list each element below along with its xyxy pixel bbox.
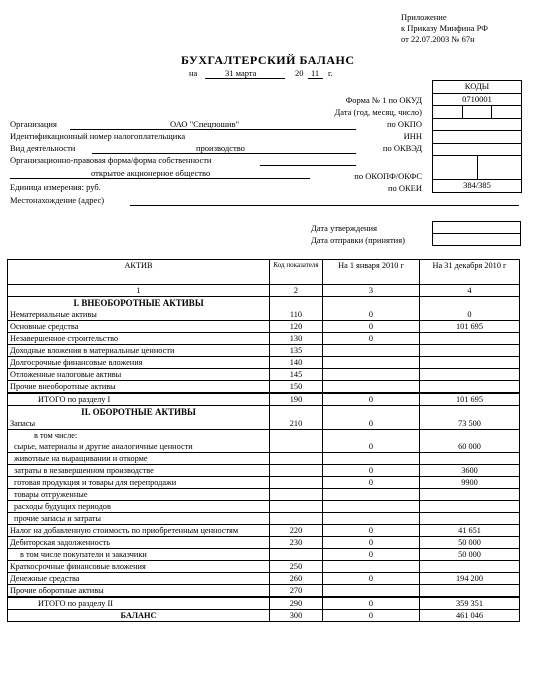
column-numbers-row: 1 2 3 4: [8, 285, 520, 297]
row-name: Доходные вложения в материальные ценност…: [8, 345, 270, 357]
row-end-value[interactable]: 0: [420, 297, 520, 321]
row-code[interactable]: 120: [270, 321, 323, 333]
okpo-field[interactable]: [433, 119, 521, 132]
header-end: На 31 декабря 2010 г: [420, 260, 520, 285]
row-start-value[interactable]: 0: [323, 537, 420, 549]
row-end-value[interactable]: [420, 501, 520, 513]
table-row: Долгосрочные финансовые вложения140: [8, 357, 520, 369]
row-code[interactable]: [270, 549, 323, 561]
row-end-value[interactable]: 50 000: [420, 549, 520, 561]
row-name: прочие запасы и затраты: [8, 513, 270, 525]
table-row: Прочие оборотные активы270: [8, 585, 520, 598]
codes-title: КОДЫ: [433, 81, 521, 94]
table-row: затраты в незавершенном производстве0360…: [8, 465, 520, 477]
row-start-value[interactable]: [323, 501, 420, 513]
row-label: Запасы: [10, 418, 267, 429]
inn-field[interactable]: [433, 131, 521, 144]
balance-total-row: БАЛАНС3000461 046: [8, 610, 520, 622]
row-code[interactable]: 220: [270, 525, 323, 537]
row-end-value[interactable]: 60 000: [420, 430, 520, 453]
table-row: Налог на добавленную стоимость по приобр…: [8, 525, 520, 537]
row-end-value[interactable]: [420, 513, 520, 525]
row-label: Доходные вложения в материальные ценност…: [10, 345, 267, 356]
row-end-value[interactable]: [420, 585, 520, 598]
row-start-value[interactable]: [323, 345, 420, 357]
row-name: II. ОБОРОТНЫЕ АКТИВЫЗапасы: [8, 406, 270, 430]
row-code[interactable]: 110: [270, 297, 323, 321]
row-start-value[interactable]: [323, 453, 420, 465]
row-code[interactable]: 145: [270, 369, 323, 381]
table-row: готовая продукция и товары для перепрода…: [8, 477, 520, 489]
row-name: Денежные средства: [8, 573, 270, 585]
unit-label: Единица измерения: руб.: [10, 182, 101, 192]
row-name: Основные средства: [8, 321, 270, 333]
activity-label: Вид деятельности: [10, 143, 75, 153]
okopf-label: по ОКОПФ/ОКФС: [354, 171, 422, 181]
header-start: На 1 января 2010 г: [323, 260, 420, 285]
row-name: готовая продукция и товары для перепрода…: [8, 477, 270, 489]
row-code[interactable]: [270, 453, 323, 465]
row-code[interactable]: 150: [270, 381, 323, 394]
row-name: I. ВНЕОБОРОТНЫЕ АКТИВЫНематериальные акт…: [8, 297, 270, 321]
table-row: Краткосрочные финансовые вложения250: [8, 561, 520, 573]
appendix-line-1: Приложение: [401, 12, 488, 23]
row-label: готовая продукция и товары для перепрода…: [14, 477, 267, 488]
header-code: Код показателя: [270, 260, 323, 285]
dates-box: [432, 221, 521, 246]
okei-label: по ОКЕИ: [388, 183, 422, 193]
row-start-value[interactable]: 0: [323, 465, 420, 477]
year-label: г.: [328, 68, 333, 78]
row-name: Отложенные налоговые активы: [8, 369, 270, 381]
row-label: Дебиторская задолженность: [10, 537, 267, 548]
appendix-line-3: от 22.07.2003 № 67н: [401, 34, 488, 45]
codes-box: КОДЫ 0710001 384/385: [432, 80, 522, 193]
row-name: Прочие оборотные активы: [8, 585, 270, 598]
table-row: в том числе покупатели и заказчики050 00…: [8, 549, 520, 561]
row-end-value[interactable]: 9900: [420, 477, 520, 489]
row-start-value[interactable]: [323, 381, 420, 394]
row-code[interactable]: 190: [270, 393, 323, 406]
okud-value: 0710001: [433, 94, 521, 107]
row-code[interactable]: 260: [270, 573, 323, 585]
row-end-value[interactable]: 101 695: [420, 321, 520, 333]
okpo-label: по ОКПО: [387, 119, 422, 129]
column-number: 1: [8, 285, 270, 297]
row-label: ИТОГО по разделу II: [38, 598, 267, 609]
row-start-value[interactable]: 0: [323, 393, 420, 406]
row-prefix: в том числе:: [14, 430, 267, 441]
table-row: Отложенные налоговые активы145: [8, 369, 520, 381]
column-number: 2: [270, 285, 323, 297]
okud-label: Форма № 1 по ОКУД: [346, 95, 422, 105]
report-date: 31 марта: [225, 68, 256, 78]
inn-text-label: Идентификационный номер налогоплательщик…: [10, 131, 185, 141]
table-row: товары отгруженные: [8, 489, 520, 501]
table-row: Дебиторская задолженность230050 000: [8, 537, 520, 549]
row-label: расходы будущих периодов: [14, 501, 267, 512]
row-label: сырье, материалы и другие аналогичные це…: [14, 441, 267, 452]
row-name: в том числе покупатели и заказчики: [8, 549, 270, 561]
column-number: 3: [323, 285, 420, 297]
row-end-value[interactable]: [420, 345, 520, 357]
section-title: I. ВНЕОБОРОТНЫЕ АКТИВЫ: [10, 297, 267, 309]
row-code[interactable]: [270, 465, 323, 477]
row-label: Денежные средства: [10, 573, 267, 584]
row-start-value[interactable]: [323, 585, 420, 598]
section-title: II. ОБОРОТНЫЕ АКТИВЫ: [10, 406, 267, 418]
column-number: 4: [420, 285, 520, 297]
row-name: товары отгруженные: [8, 489, 270, 501]
okved-field[interactable]: [433, 144, 521, 157]
row-code[interactable]: 230: [270, 537, 323, 549]
row-start-value[interactable]: 0: [323, 333, 420, 345]
row-label: Налог на добавленную стоимость по приобр…: [10, 525, 267, 536]
row-name: затраты в незавершенном производстве: [8, 465, 270, 477]
row-end-value[interactable]: 41 651: [420, 525, 520, 537]
row-end-value[interactable]: [420, 453, 520, 465]
okei-value: 384/385: [433, 180, 521, 192]
row-code[interactable]: [270, 477, 323, 489]
row-start-value[interactable]: [323, 489, 420, 501]
row-label: Основные средства: [10, 321, 267, 332]
table-row: Незавершенное строительство1300: [8, 333, 520, 345]
row-code[interactable]: 135: [270, 345, 323, 357]
table-row: Денежные средства2600194 200: [8, 573, 520, 585]
row-name: Налог на добавленную стоимость по приобр…: [8, 525, 270, 537]
row-label: Нематериальные активы: [10, 309, 267, 320]
date-label: Дата (год, месяц, число): [334, 107, 422, 117]
table-row: прочие запасы и затраты: [8, 513, 520, 525]
row-start-value[interactable]: 0: [323, 573, 420, 585]
row-end-value[interactable]: [420, 357, 520, 369]
row-code[interactable]: 250: [270, 561, 323, 573]
row-start-value[interactable]: 0: [323, 597, 420, 610]
address-label: Местонахождение (адрес): [10, 195, 104, 205]
row-end-value[interactable]: [420, 369, 520, 381]
row-name: Прочие внеоборотные активы: [8, 381, 270, 394]
row-end-value[interactable]: 50 000: [420, 537, 520, 549]
row-label: затраты в незавершенном производстве: [14, 465, 267, 476]
row-name: животные на выращивании и откорме: [8, 453, 270, 465]
table-row: II. ОБОРОТНЫЕ АКТИВЫЗапасы210073 500: [8, 406, 520, 430]
row-label: животные на выращивании и откорме: [14, 453, 267, 464]
table-row: расходы будущих периодов: [8, 501, 520, 513]
row-label: Отложенные налоговые активы: [10, 369, 267, 380]
row-end-value[interactable]: [420, 333, 520, 345]
row-code[interactable]: 300: [270, 610, 323, 622]
row-name: Краткосрочные финансовые вложения: [8, 561, 270, 573]
sent-date-field[interactable]: [433, 234, 520, 245]
okopf-field[interactable]: [433, 156, 521, 180]
row-code[interactable]: 130: [270, 333, 323, 345]
balance-table: АКТИВ Код показателя На 1 января 2010 г …: [7, 259, 520, 622]
date-on-label: на: [189, 68, 197, 78]
appendix-line-2: к Приказу Минфина РФ: [401, 23, 488, 34]
date-field[interactable]: [433, 106, 521, 119]
row-name: Незавершенное строительство: [8, 333, 270, 345]
row-end-value[interactable]: [420, 489, 520, 501]
section1-total-row: ИТОГО по разделу I1900101 695: [8, 393, 520, 406]
row-code[interactable]: [270, 489, 323, 501]
row-label: БАЛАНС: [10, 610, 267, 621]
org-label: Организация: [10, 119, 57, 129]
header-asset: АКТИВ: [8, 260, 270, 285]
org-value[interactable]: ОАО "Спецпошив": [170, 119, 239, 129]
approval-date-label: Дата утверждения: [311, 223, 377, 233]
row-start-value[interactable]: 0: [323, 297, 420, 321]
row-start-value[interactable]: 0: [323, 321, 420, 333]
inn-label: ИНН: [404, 131, 422, 141]
row-name: Дебиторская задолженность: [8, 537, 270, 549]
row-end-value[interactable]: [420, 381, 520, 394]
row-start-value[interactable]: 0: [323, 406, 420, 430]
row-start-value[interactable]: [323, 513, 420, 525]
table-row: Прочие внеоборотные активы150: [8, 381, 520, 394]
table-row: I. ВНЕОБОРОТНЫЕ АКТИВЫНематериальные акт…: [8, 297, 520, 321]
row-name: БАЛАНС: [8, 610, 270, 622]
row-code[interactable]: 270: [270, 585, 323, 598]
row-end-value[interactable]: 101 695: [420, 393, 520, 406]
table-row: животные на выращивании и откорме: [8, 453, 520, 465]
row-code[interactable]: [270, 430, 323, 453]
row-end-value[interactable]: 359 351: [420, 597, 520, 610]
year-prefix: 20: [295, 68, 304, 78]
row-label: товары отгруженные: [14, 489, 267, 500]
activity-value[interactable]: производство: [196, 143, 245, 153]
row-end-value[interactable]: 73 500: [420, 406, 520, 430]
row-start-value[interactable]: [323, 369, 420, 381]
table-row: Основные средства1200101 695: [8, 321, 520, 333]
table-row: в том числе:сырье, материалы и другие ан…: [8, 430, 520, 453]
row-start-value[interactable]: 0: [323, 549, 420, 561]
page-title: БУХГАЛТЕРСКИЙ БАЛАНС: [181, 53, 355, 68]
row-label: Прочие оборотные активы: [10, 585, 267, 596]
row-code[interactable]: [270, 501, 323, 513]
row-label: Долгосрочные финансовые вложения: [10, 357, 267, 368]
row-end-value[interactable]: 3600: [420, 465, 520, 477]
row-start-value[interactable]: 0: [323, 525, 420, 537]
row-label: Незавершенное строительство: [10, 333, 267, 344]
row-name: ИТОГО по разделу I: [8, 393, 270, 406]
okved-label: по ОКВЭД: [383, 143, 422, 153]
year-suffix: 11: [311, 68, 319, 78]
row-code[interactable]: 210: [270, 406, 323, 430]
row-start-value[interactable]: 0: [323, 610, 420, 622]
row-code[interactable]: 290: [270, 597, 323, 610]
legal-form-value[interactable]: открытое акционерное общество: [91, 168, 210, 178]
row-start-value[interactable]: [323, 561, 420, 573]
row-start-value[interactable]: [323, 357, 420, 369]
row-name: расходы будущих периодов: [8, 501, 270, 513]
row-code[interactable]: 140: [270, 357, 323, 369]
row-label: ИТОГО по разделу I: [38, 394, 267, 405]
approval-date-field[interactable]: [433, 222, 520, 234]
row-label: Прочие внеоборотные активы: [10, 381, 267, 392]
sent-date-label: Дата отправки (принятия): [311, 235, 405, 245]
row-name: в том числе:сырье, материалы и другие ан…: [8, 430, 270, 453]
row-end-value[interactable]: 194 200: [420, 573, 520, 585]
row-start-value[interactable]: 0: [323, 477, 420, 489]
row-label: Краткосрочные финансовые вложения: [10, 561, 267, 572]
row-label: прочие запасы и затраты: [14, 513, 267, 524]
row-name: Долгосрочные финансовые вложения: [8, 357, 270, 369]
row-code[interactable]: [270, 513, 323, 525]
row-end-value[interactable]: [420, 561, 520, 573]
row-end-value[interactable]: 461 046: [420, 610, 520, 622]
table-header-row: АКТИВ Код показателя На 1 января 2010 г …: [8, 260, 520, 285]
appendix-note: Приложение к Приказу Минфина РФ от 22.07…: [401, 12, 488, 45]
section2-total-row: ИТОГО по разделу II2900359 351: [8, 597, 520, 610]
row-label: в том числе покупатели и заказчики: [20, 549, 267, 560]
table-row: Доходные вложения в материальные ценност…: [8, 345, 520, 357]
row-name: ИТОГО по разделу II: [8, 597, 270, 610]
row-start-value[interactable]: 0: [323, 430, 420, 453]
legal-form-label: Организационно-правовая форма/форма собс…: [10, 155, 212, 165]
